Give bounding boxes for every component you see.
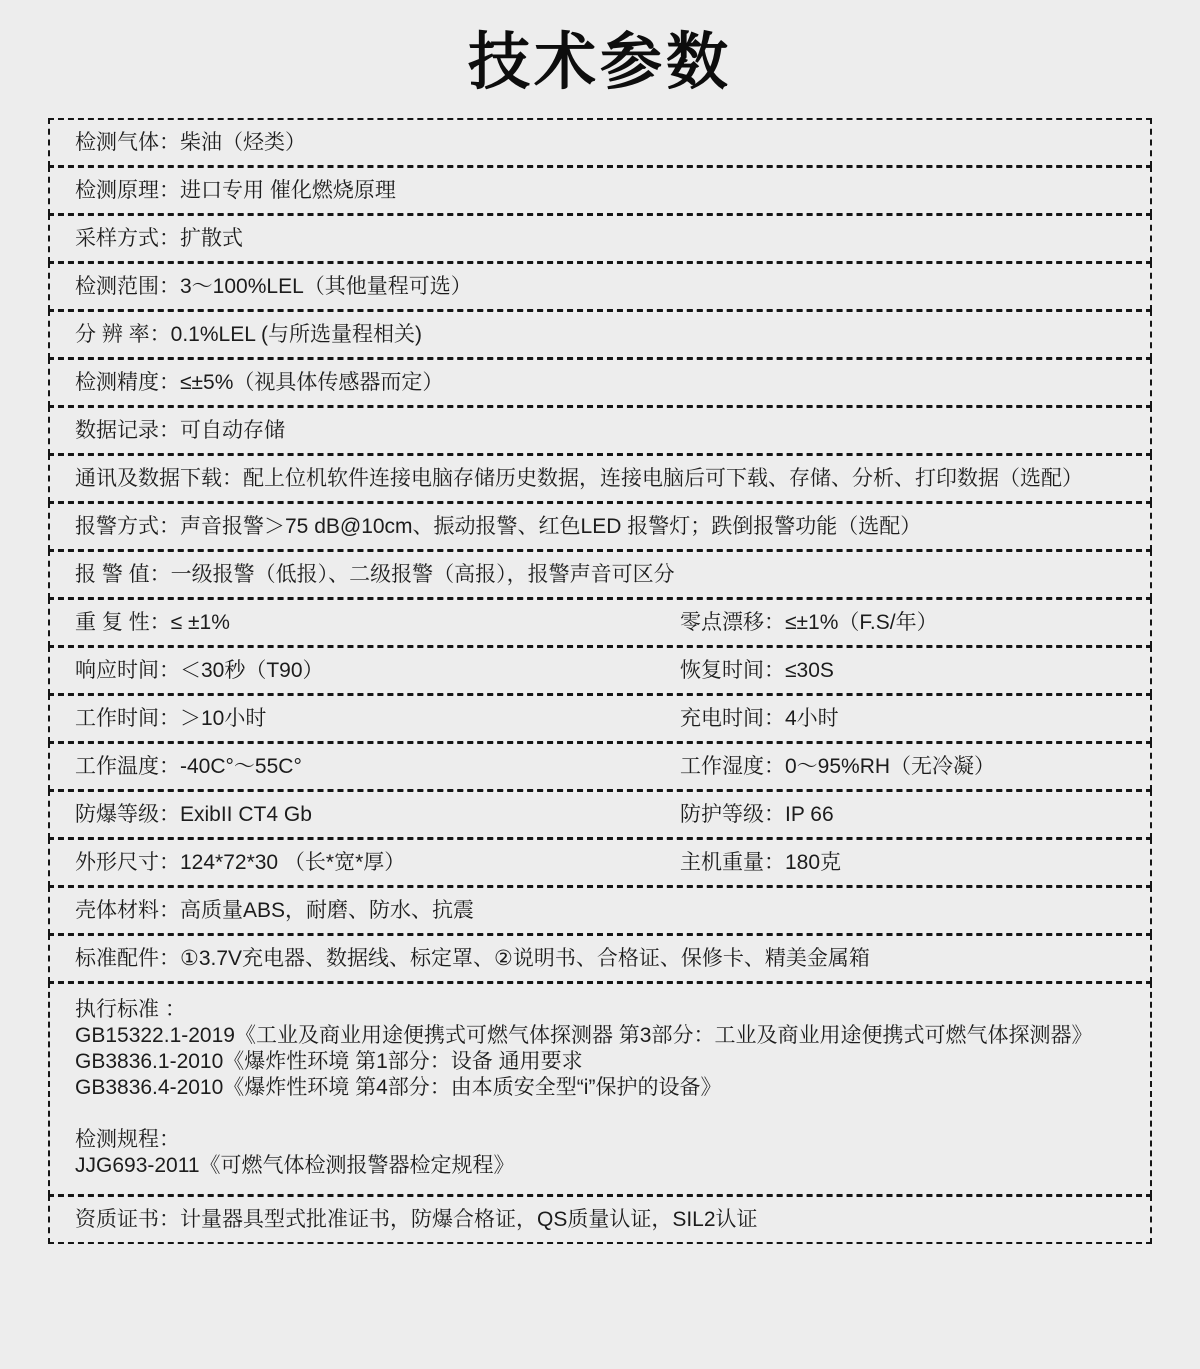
- spec-row-alarm-value: 报 警 值：一级报警（低报）、二级报警（高报），报警声音可区分: [48, 550, 1152, 599]
- spec-text: 检测气体：柴油（烃类）: [75, 130, 306, 156]
- spec-text-left: 响应时间：＜30秒（T90）: [75, 658, 680, 684]
- spec-row-housing-material: 壳体材料：高质量ABS，耐磨、防水、抗震: [48, 886, 1152, 935]
- spec-text-right: 充电时间：4小时: [680, 706, 1125, 732]
- standard-line-gb3836-4: GB3836.4-2010《爆炸性环境 第4部分：由本质安全型“i”保护的设备》: [75, 1075, 1125, 1101]
- spec-row-alarm-mode: 报警方式：声音报警＞75 dB@10cm、振动报警、红色LED 报警灯；跌倒报警…: [48, 502, 1152, 551]
- spec-text: 通讯及数据下载：配上位机软件连接电脑存储历史数据，连接电脑后可下载、存储、分析、…: [75, 466, 1083, 492]
- spec-row-response-recovery-time: 响应时间：＜30秒（T90） 恢复时间：≤30S: [48, 646, 1152, 695]
- spec-row-communication-download: 通讯及数据下载：配上位机软件连接电脑存储历史数据，连接电脑后可下载、存储、分析、…: [48, 454, 1152, 503]
- spec-row-resolution: 分 辨 率：0.1%LEL (与所选量程相关): [48, 310, 1152, 359]
- spec-table: 检测气体：柴油（烃类） 检测原理：进口专用 催化燃烧原理 采样方式：扩散式 检测…: [48, 118, 1152, 1244]
- spec-text-left: 防爆等级：ExibII CT4 Gb: [75, 802, 680, 828]
- spec-text: 检测精度：≤±5%（视具体传感器而定）: [75, 370, 443, 396]
- spec-row-certificates: 资质证书：计量器具型式批准证书，防爆合格证，QS质量认证，SIL2认证: [48, 1195, 1152, 1244]
- standard-line-gb3836-1: GB3836.1-2010《爆炸性环境 第1部分：设备 通用要求: [75, 1049, 1125, 1075]
- standard-line-jjg693: JJG693-2011《可燃气体检测报警器检定规程》: [75, 1153, 1125, 1179]
- standards-heading: 执行标准 ：: [75, 997, 1125, 1023]
- spec-sheet-page: 技术参数 检测气体：柴油（烃类） 检测原理：进口专用 催化燃烧原理 采样方式：扩…: [0, 0, 1200, 1369]
- spec-text: 壳体材料：高质量ABS，耐磨、防水、抗震: [75, 898, 474, 924]
- spec-text-left: 外形尺寸：124*72*30 （长*宽*厚）: [75, 850, 680, 876]
- spec-row-accuracy: 检测精度：≤±5%（视具体传感器而定）: [48, 358, 1152, 407]
- spec-text-right: 零点漂移：≤±1%（F.S/年）: [680, 610, 1125, 636]
- spec-text: 报警方式：声音报警＞75 dB@10cm、振动报警、红色LED 报警灯；跌倒报警…: [75, 514, 921, 540]
- blank-line: [75, 1101, 1125, 1127]
- spec-row-working-charging-time: 工作时间：＞10小时 充电时间：4小时: [48, 694, 1152, 743]
- spec-row-sampling-method: 采样方式：扩散式: [48, 214, 1152, 263]
- page-title: 技术参数: [0, 0, 1200, 118]
- spec-text-right: 恢复时间：≤30S: [680, 658, 1125, 684]
- spec-row-standards: 执行标准 ： GB15322.1-2019《工业及商业用途便携式可燃气体探测器 …: [48, 982, 1152, 1196]
- spec-text: 检测范围：3～100%LEL（其他量程可选）: [75, 274, 472, 300]
- spec-row-detection-range: 检测范围：3～100%LEL（其他量程可选）: [48, 262, 1152, 311]
- spec-text: 检测原理：进口专用 催化燃烧原理: [75, 178, 396, 204]
- spec-row-detected-gas: 检测气体：柴油（烃类）: [48, 118, 1152, 167]
- standard-line-gb15322: GB15322.1-2019《工业及商业用途便携式可燃气体探测器 第3部分：工业…: [75, 1023, 1125, 1049]
- spec-text: 分 辨 率：0.1%LEL (与所选量程相关): [75, 322, 422, 348]
- spec-text: 数据记录：可自动存储: [75, 418, 285, 444]
- spec-row-explosion-protection-rating: 防爆等级：ExibII CT4 Gb 防护等级：IP 66: [48, 790, 1152, 839]
- spec-row-standard-accessories: 标准配件：①3.7V充电器、数据线、标定罩、②说明书、合格证、保修卡、精美金属箱: [48, 934, 1152, 983]
- spec-text: 资质证书：计量器具型式批准证书，防爆合格证，QS质量认证，SIL2认证: [75, 1207, 758, 1233]
- spec-text-left: 重 复 性：≤ ±1%: [75, 610, 680, 636]
- spec-text-right: 工作湿度：0～95%RH（无冷凝）: [680, 754, 1125, 780]
- spec-text-left: 工作温度：-40C°～55C°: [75, 754, 680, 780]
- spec-text-right: 防护等级：IP 66: [680, 802, 1125, 828]
- spec-text: 采样方式：扩散式: [75, 226, 243, 252]
- spec-row-repeatability-zero-drift: 重 复 性：≤ ±1% 零点漂移：≤±1%（F.S/年）: [48, 598, 1152, 647]
- spec-text: 报 警 值：一级报警（低报）、二级报警（高报），报警声音可区分: [75, 562, 675, 588]
- spec-text: 标准配件：①3.7V充电器、数据线、标定罩、②说明书、合格证、保修卡、精美金属箱: [75, 946, 870, 972]
- spec-text-left: 工作时间：＞10小时: [75, 706, 680, 732]
- spec-row-dimensions-weight: 外形尺寸：124*72*30 （长*宽*厚） 主机重量：180克: [48, 838, 1152, 887]
- spec-row-detection-principle: 检测原理：进口专用 催化燃烧原理: [48, 166, 1152, 215]
- verification-regulation-heading: 检测规程：: [75, 1127, 1125, 1153]
- spec-text-right: 主机重量：180克: [680, 850, 1125, 876]
- spec-row-temperature-humidity: 工作温度：-40C°～55C° 工作湿度：0～95%RH（无冷凝）: [48, 742, 1152, 791]
- spec-row-data-logging: 数据记录：可自动存储: [48, 406, 1152, 455]
